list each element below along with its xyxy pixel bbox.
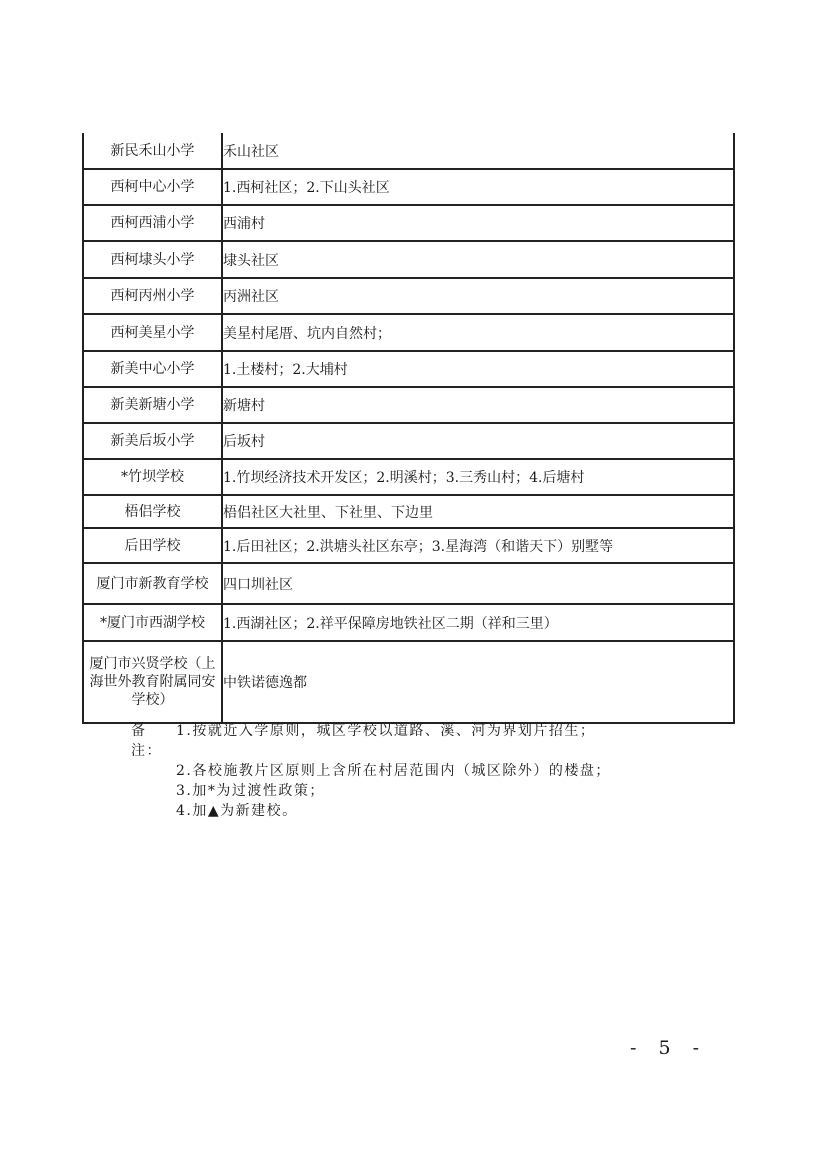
school-name-cell: 新美后坂小学 xyxy=(83,423,222,459)
enrollment-area-cell: 禾山社区 xyxy=(222,133,734,169)
note-row: 2.各校施教片区原则上含所在村居范围内（城区除外）的楼盘； xyxy=(131,761,611,781)
table-row: 梧侣学校梧侣社区大社里、下社里、下边里 xyxy=(83,495,734,528)
school-zone-table: 新民禾山小学禾山社区西柯中心小学1.西柯社区；2.下山头社区西柯西浦小学西浦村西… xyxy=(82,133,735,724)
table-row: 厦门市新教育学校四口圳社区 xyxy=(83,563,734,604)
enrollment-area-cell: 新塘村 xyxy=(222,387,734,423)
school-name-cell: 后田学校 xyxy=(83,528,222,563)
school-name-cell: 新民禾山小学 xyxy=(83,133,222,169)
note-item: 2.各校施教片区原则上含所在村居范围内（城区除外）的楼盘； xyxy=(176,761,611,781)
enrollment-area-cell: 埭头社区 xyxy=(222,241,734,278)
table-row: 新美后坂小学后坂村 xyxy=(83,423,734,459)
table-row: 西柯丙州小学丙洲社区 xyxy=(83,278,734,314)
note-row: 备注： 1.按就近入学原则，城区学校以道路、溪、河为界划片招生； xyxy=(131,721,611,761)
notes-section: 备注： 1.按就近入学原则，城区学校以道路、溪、河为界划片招生； 2.各校施教片… xyxy=(131,721,611,821)
enrollment-area-cell: 梧侣社区大社里、下社里、下边里 xyxy=(222,495,734,528)
note-row: 3.加*为过渡性政策； xyxy=(131,781,611,801)
school-name-cell: *竹坝学校 xyxy=(83,459,222,495)
notes-label: 备注： xyxy=(131,721,176,761)
table-row: 西柯西浦小学西浦村 xyxy=(83,205,734,241)
school-name-cell: 新美中心小学 xyxy=(83,351,222,387)
note-item: 1.按就近入学原则，城区学校以道路、溪、河为界划片招生； xyxy=(176,721,595,761)
enrollment-area-cell: 四口圳社区 xyxy=(222,563,734,604)
document-page: 新民禾山小学禾山社区西柯中心小学1.西柯社区；2.下山头社区西柯西浦小学西浦村西… xyxy=(0,0,827,1170)
enrollment-area-cell: 美星村尾厝、坑内自然村； xyxy=(222,314,734,351)
enrollment-area-cell: 后坂村 xyxy=(222,423,734,459)
table-body: 新民禾山小学禾山社区西柯中心小学1.西柯社区；2.下山头社区西柯西浦小学西浦村西… xyxy=(83,133,734,723)
enrollment-area-cell: 1.西湖社区；2.祥平保障房地铁社区二期（祥和三里） xyxy=(222,604,734,641)
note-row: 4.加▲为新建校。 xyxy=(131,801,611,821)
table-row: 西柯美星小学美星村尾厝、坑内自然村； xyxy=(83,314,734,351)
enrollment-area-cell: 中铁诺德逸都 xyxy=(222,641,734,723)
enrollment-area-cell: 丙洲社区 xyxy=(222,278,734,314)
table-row: 厦门市兴贤学校（上海世外教育附属同安学校）中铁诺德逸都 xyxy=(83,641,734,723)
school-name-cell: 厦门市新教育学校 xyxy=(83,563,222,604)
enrollment-area-cell: 1.竹坝经济技术开发区；2.明溪村；3.三秀山村；4.后塘村 xyxy=(222,459,734,495)
table-row: 新美中心小学1.土楼村；2.大埔村 xyxy=(83,351,734,387)
school-name-cell: 西柯西浦小学 xyxy=(83,205,222,241)
school-name-cell: 梧侣学校 xyxy=(83,495,222,528)
school-name-cell: 厦门市兴贤学校（上海世外教育附属同安学校） xyxy=(83,641,222,723)
note-item: 4.加▲为新建校。 xyxy=(176,801,298,821)
table-row: 西柯中心小学1.西柯社区；2.下山头社区 xyxy=(83,169,734,205)
school-name-cell: 西柯美星小学 xyxy=(83,314,222,351)
table-row: *厦门市西湖学校1.西湖社区；2.祥平保障房地铁社区二期（祥和三里） xyxy=(83,604,734,641)
school-name-cell: 西柯丙州小学 xyxy=(83,278,222,314)
table-row: 新美新塘小学新塘村 xyxy=(83,387,734,423)
note-item: 3.加*为过渡性政策； xyxy=(176,781,325,801)
enrollment-area-cell: 1.土楼村；2.大埔村 xyxy=(222,351,734,387)
enrollment-area-cell: 西浦村 xyxy=(222,205,734,241)
table-row: 后田学校1.后田社区；2.洪塘头社区东亭；3.星海湾（和谐天下）别墅等 xyxy=(83,528,734,563)
school-name-cell: 西柯埭头小学 xyxy=(83,241,222,278)
school-name-cell: 新美新塘小学 xyxy=(83,387,222,423)
table-row: *竹坝学校1.竹坝经济技术开发区；2.明溪村；3.三秀山村；4.后塘村 xyxy=(83,459,734,495)
school-name-cell: 西柯中心小学 xyxy=(83,169,222,205)
school-name-cell: *厦门市西湖学校 xyxy=(83,604,222,641)
enrollment-area-cell: 1.后田社区；2.洪塘头社区东亭；3.星海湾（和谐天下）别墅等 xyxy=(222,528,734,563)
page-number: - 5 - xyxy=(630,1037,707,1059)
table-row: 新民禾山小学禾山社区 xyxy=(83,133,734,169)
enrollment-area-cell: 1.西柯社区；2.下山头社区 xyxy=(222,169,734,205)
table-row: 西柯埭头小学埭头社区 xyxy=(83,241,734,278)
